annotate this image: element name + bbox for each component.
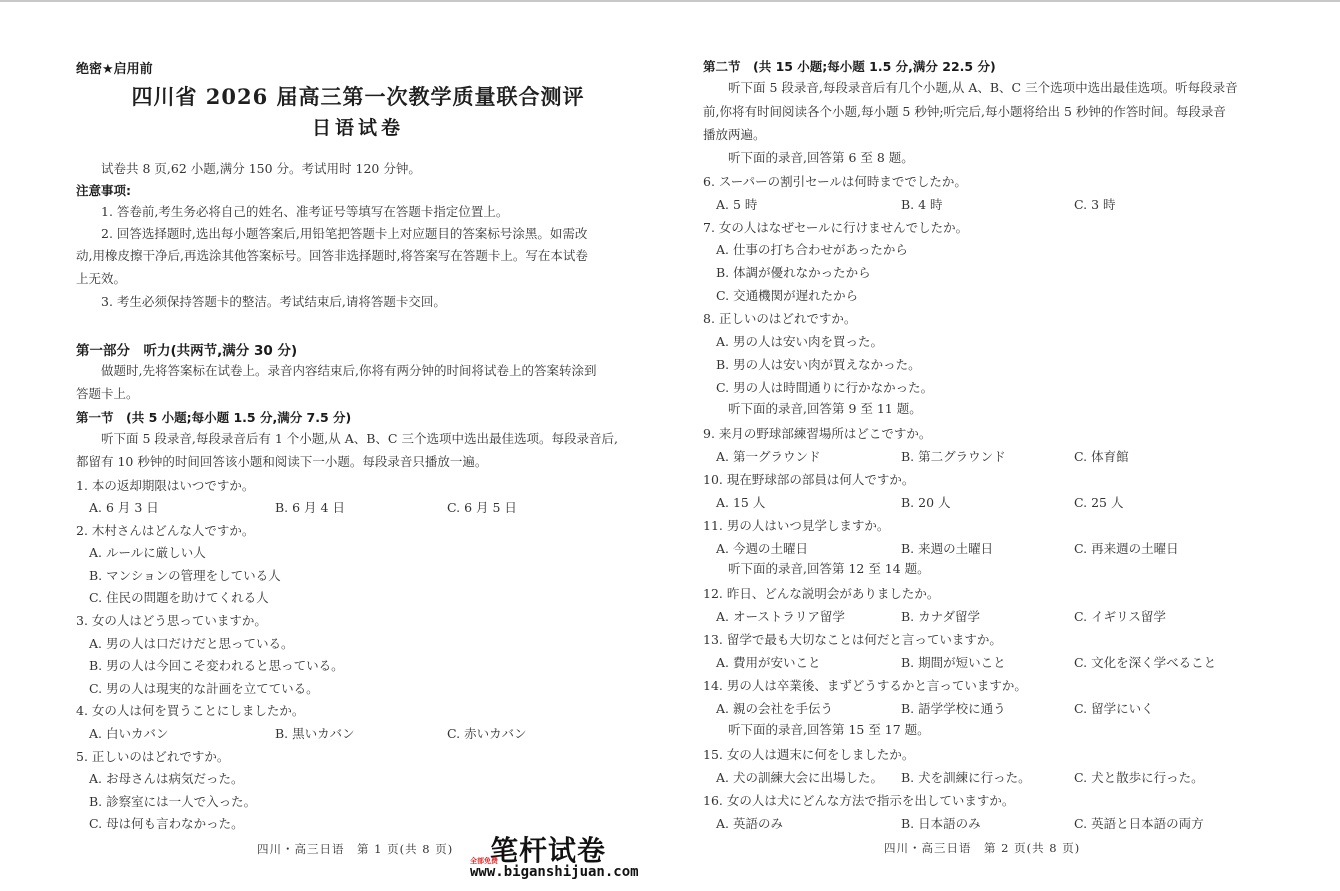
question-13-option-b: B. 期間が短いこと bbox=[901, 653, 1006, 671]
question-2-option-c: C. 住民の問題を助けてくれる人 bbox=[89, 588, 269, 606]
question-10-option-a: A. 15 人 bbox=[716, 493, 765, 511]
section2-description: 听下面 5 段录音,每段录音后有几个小题,从 A、B、C 三个选项中选出最佳选项… bbox=[728, 80, 1238, 96]
section2-description-end: 播放两遍。 bbox=[703, 127, 766, 143]
question-14-option-c: C. 留学にいく bbox=[1074, 699, 1154, 717]
question-16: 16. 女の人は犬にどんな方法で指示を出していますか。 bbox=[703, 791, 1014, 809]
question-1-option-a: A. 6 月 3 日 bbox=[89, 498, 159, 516]
watermark-url: www.biganshijuan.com bbox=[470, 864, 639, 880]
question-13: 13. 留学で最も大切なことは何だと言っていますか。 bbox=[703, 630, 1002, 648]
question-5-option-a: A. お母さんは病気だった。 bbox=[89, 769, 243, 787]
question-13-option-c: C. 文化を深く学べること bbox=[1074, 653, 1216, 671]
question-9-option-c: C. 体育館 bbox=[1074, 447, 1129, 465]
exam-subtitle: 日语试卷 bbox=[76, 113, 640, 140]
question-1-option-b: B. 6 月 4 日 bbox=[275, 498, 345, 516]
question-12: 12. 昨日、どんな説明会がありましたか。 bbox=[703, 584, 939, 602]
question-12-option-c: C. イギリス留学 bbox=[1074, 607, 1166, 625]
question-4-option-c: C. 赤いカバン bbox=[447, 724, 527, 742]
notice-item-1: 1. 答卷前,考生务必将自己的姓名、准考证号等填写在答题卡指定位置上。 bbox=[101, 204, 508, 220]
question-15-option-c: C. 犬と散歩に行った。 bbox=[1074, 768, 1204, 786]
question-6: 6. スーパーの割引セールは何時まででしたか。 bbox=[703, 172, 967, 190]
group-instruction-6-8: 听下面的录音,回答第 6 至 8 题。 bbox=[728, 150, 914, 166]
group-instruction-12-14: 听下面的录音,回答第 12 至 14 题。 bbox=[728, 561, 930, 577]
question-9-option-b: B. 第二グラウンド bbox=[901, 447, 1006, 465]
section2-description-cont: 前,你将有时间阅读各个小题,每小题 5 秒钟;听完后,每小题将给出 5 秒钟的作… bbox=[703, 104, 1226, 120]
question-11-option-b: B. 来週の土曜日 bbox=[901, 539, 993, 557]
question-2: 2. 木村さんはどんな人ですか。 bbox=[76, 521, 254, 539]
exam-title: 四川省 2026 届高三第一次教学质量联合测评 bbox=[76, 81, 640, 111]
question-5-option-b: B. 診察室には一人で入った。 bbox=[89, 792, 256, 810]
question-14-option-b: B. 語学学校に通う bbox=[901, 699, 1006, 717]
question-1-option-c: C. 6 月 5 日 bbox=[447, 498, 517, 516]
question-8-option-a: A. 男の人は安い肉を買った。 bbox=[716, 332, 883, 350]
section1-description-cont: 都留有 10 秒钟的时间回答该小题和阅读下一小题。每段录音只播放一遍。 bbox=[76, 454, 487, 470]
question-6-option-b: B. 4 時 bbox=[901, 195, 943, 213]
notice-item-2-cont: 动,用橡皮擦干净后,再选涂其他答案标号。回答非选择题时,将答案写在答题卡上。写在… bbox=[76, 248, 588, 264]
part1-description: 做题时,先将答案标在试卷上。录音内容结束后,你将有两分钟的时间将试卷上的答案转涂… bbox=[101, 363, 596, 379]
question-16-option-b: B. 日本語のみ bbox=[901, 814, 981, 832]
question-7-option-b: B. 体調が優れなかったから bbox=[716, 263, 871, 281]
page-2-footer: 四川・高三日语 第 2 页(共 8 页) bbox=[884, 840, 1080, 856]
question-10-option-b: B. 20 人 bbox=[901, 493, 951, 511]
notice-item-2: 2. 回答选择题时,选出每小题答案后,用铅笔把答题卡上对应题目的答案标号涂黑。如… bbox=[101, 226, 587, 242]
question-14: 14. 男の人は卒業後、まずどうするかと言っていますか。 bbox=[703, 676, 1027, 694]
notice-heading: 注意事项: bbox=[76, 181, 131, 199]
question-3: 3. 女の人はどう思っていますか。 bbox=[76, 611, 267, 629]
question-6-option-a: A. 5 時 bbox=[716, 195, 757, 213]
question-7: 7. 女の人はなぜセールに行けませんでしたか。 bbox=[703, 218, 968, 236]
exam-page-1: 绝密★启用前 四川省 2026 届高三第一次教学质量联合测评 日语试卷 试卷共 … bbox=[76, 0, 640, 891]
question-7-option-c: C. 交通機関が遅れたから bbox=[716, 286, 858, 304]
notice-item-2-end: 上无效。 bbox=[76, 271, 126, 287]
section1-description: 听下面 5 段录音,每段录音后有 1 个小题,从 A、B、C 三个选项中选出最佳… bbox=[101, 431, 618, 447]
question-15-option-a: A. 犬の訓練大会に出場した。 bbox=[716, 768, 883, 786]
question-9-option-a: A. 第一グラウンド bbox=[716, 447, 820, 465]
question-1: 1. 本の返却期限はいつですか。 bbox=[76, 476, 254, 494]
question-3-option-a: A. 男の人は口だけだと思っている。 bbox=[89, 634, 293, 652]
question-6-option-c: C. 3 時 bbox=[1074, 195, 1116, 213]
exam-page-2: 第二节 (共 15 小题;每小题 1.5 分,满分 22.5 分) 听下面 5 … bbox=[703, 0, 1269, 891]
question-3-option-c: C. 男の人は現実的な計画を立てている。 bbox=[89, 679, 319, 697]
question-14-option-a: A. 親の会社を手伝う bbox=[716, 699, 833, 717]
question-10: 10. 現在野球部の部員は何人ですか。 bbox=[703, 470, 914, 488]
question-15: 15. 女の人は週末に何をしましたか。 bbox=[703, 745, 914, 763]
question-11-option-c: C. 再来週の土曜日 bbox=[1074, 539, 1179, 557]
question-4-option-b: B. 黒いカバン bbox=[275, 724, 355, 742]
exam-intro: 试卷共 8 页,62 小题,满分 150 分。考试用时 120 分钟。 bbox=[101, 161, 421, 177]
part1-description-cont: 答题卡上。 bbox=[76, 386, 139, 402]
group-instruction-9-11: 听下面的录音,回答第 9 至 11 题。 bbox=[728, 401, 922, 417]
question-4: 4. 女の人は何を買うことにしましたか。 bbox=[76, 701, 304, 719]
question-16-option-c: C. 英語と日本語の両方 bbox=[1074, 814, 1204, 832]
section2-heading: 第二节 (共 15 小题;每小题 1.5 分,满分 22.5 分) bbox=[703, 57, 996, 75]
section1-heading: 第一节 (共 5 小题;每小题 1.5 分,满分 7.5 分) bbox=[76, 408, 351, 426]
question-15-option-b: B. 犬を訓練に行った。 bbox=[901, 768, 1031, 786]
notice-item-3: 3. 考生必须保持答题卡的整洁。考试结束后,请将答题卡交回。 bbox=[101, 294, 446, 310]
question-3-option-b: B. 男の人は今回こそ変われると思っている。 bbox=[89, 656, 344, 674]
question-8: 8. 正しいのはどれですか。 bbox=[703, 309, 856, 327]
question-7-option-a: A. 仕事の打ち合わせがあったから bbox=[716, 240, 908, 258]
question-5: 5. 正しいのはどれですか。 bbox=[76, 747, 229, 765]
page-1-footer: 四川・高三日语 第 1 页(共 8 页) bbox=[257, 841, 453, 857]
question-12-option-a: A. オーストラリア留学 bbox=[716, 607, 845, 625]
question-11: 11. 男の人はいつ見学しますか。 bbox=[703, 516, 889, 534]
question-10-option-c: C. 25 人 bbox=[1074, 493, 1123, 511]
group-instruction-15-17: 听下面的录音,回答第 15 至 17 题。 bbox=[728, 722, 930, 738]
confidential-label: 绝密★启用前 bbox=[76, 58, 153, 77]
part1-heading: 第一部分 听力(共两节,满分 30 分) bbox=[76, 339, 297, 359]
question-11-option-a: A. 今週の土曜日 bbox=[716, 539, 808, 557]
question-13-option-a: A. 費用が安いこと bbox=[716, 653, 820, 671]
question-16-option-a: A. 英語のみ bbox=[716, 814, 783, 832]
question-8-option-b: B. 男の人は安い肉が買えなかった。 bbox=[716, 355, 921, 373]
question-2-option-a: A. ルールに厳しい人 bbox=[89, 543, 206, 561]
question-9: 9. 来月の野球部練習場所はどこですか。 bbox=[703, 424, 931, 442]
watermark-brand: 笔杆试卷 bbox=[490, 829, 606, 869]
question-2-option-b: B. マンションの管理をしている人 bbox=[89, 566, 281, 584]
question-5-option-c: C. 母は何も言わなかった。 bbox=[89, 814, 244, 832]
question-4-option-a: A. 白いカバン bbox=[89, 724, 168, 742]
question-8-option-c: C. 男の人は時間通りに行かなかった。 bbox=[716, 378, 933, 396]
question-12-option-b: B. カナダ留学 bbox=[901, 607, 980, 625]
